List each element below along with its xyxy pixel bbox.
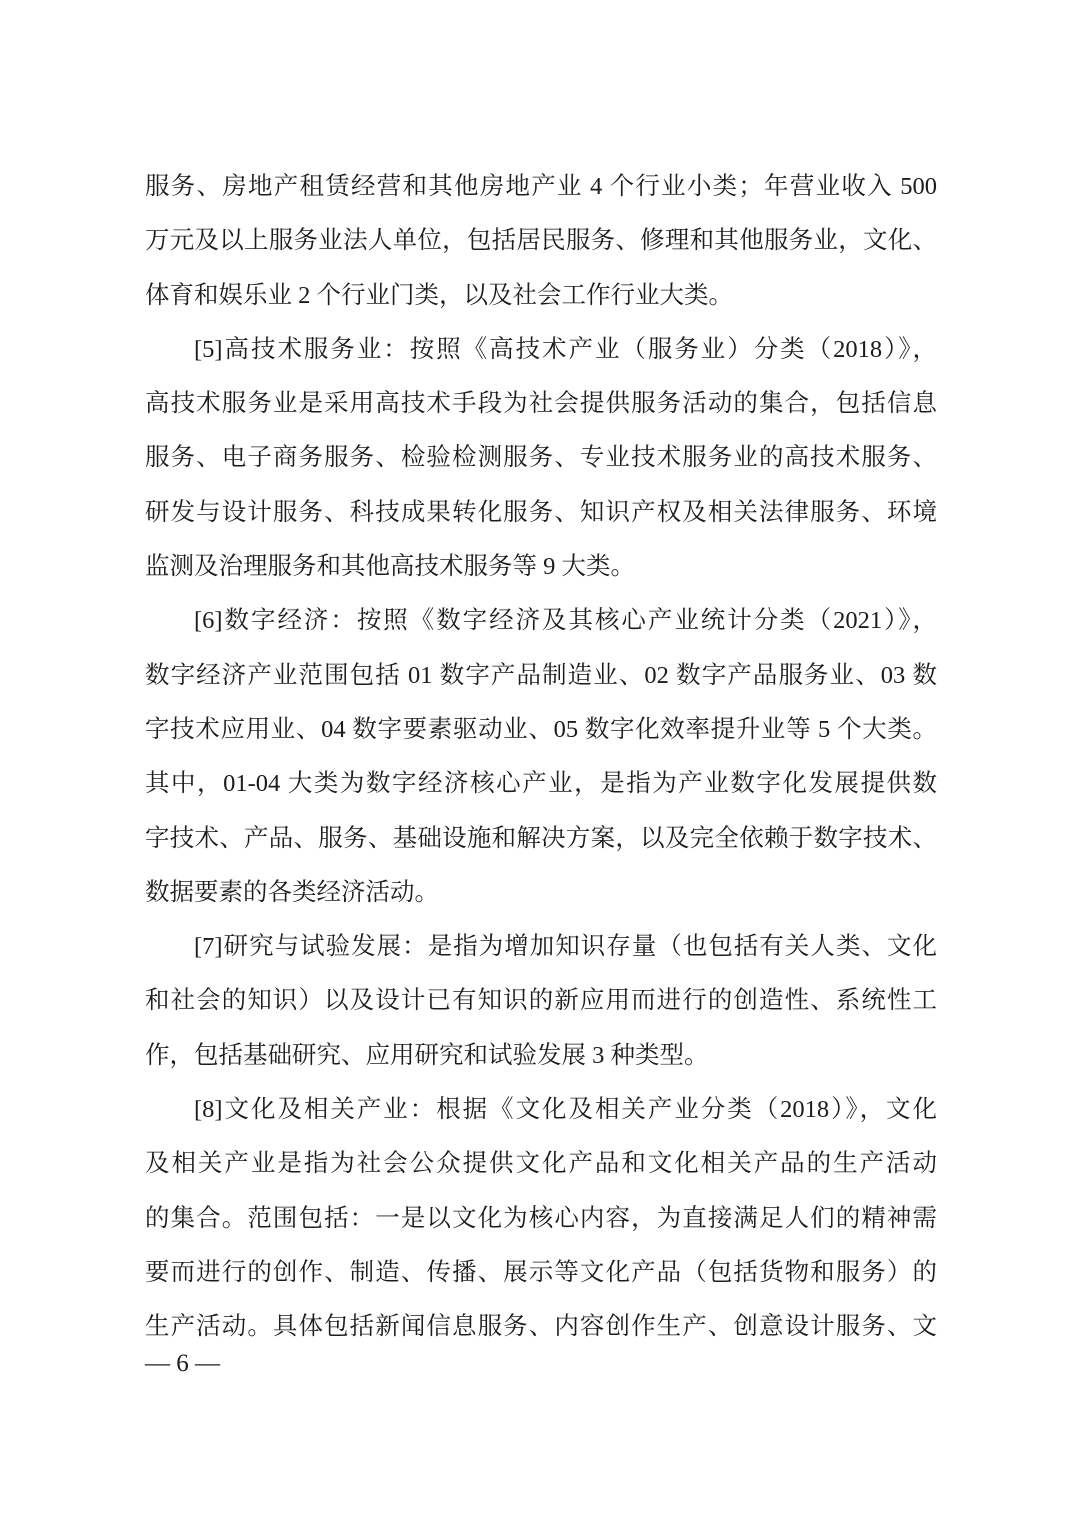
body-line: 万元及以上服务业法人单位，包括居民服务、修理和其他服务业，文化、 — [145, 214, 937, 268]
body-line: 和社会的知识）以及设计已有知识的新应用而进行的创造性、系统性工 — [145, 974, 937, 1028]
body-line: 字技术、产品、服务、基础设施和解决方案，以及完全依赖于数字技术、 — [145, 812, 937, 866]
body-line: 及相关产业是指为社会公众提供文化产品和文化相关产品的生产活动 — [145, 1137, 937, 1191]
body-line: 要而进行的创作、制造、传播、展示等文化产品（包括货物和服务）的 — [145, 1246, 937, 1300]
body-line: 生产活动。具体包括新闻信息服务、内容创作生产、创意设计服务、文 — [145, 1300, 937, 1354]
body-line: 的集合。范围包括：一是以文化为核心内容，为直接满足人们的精神需 — [145, 1192, 937, 1246]
body-line: 字技术应用业、04 数字要素驱动业、05 数字化效率提升业等 5 个大类。 — [145, 703, 937, 757]
document-body: 服务、房地产租赁经营和其他房地产业 4 个行业小类；年营业收入 500 万元及以… — [145, 160, 937, 1355]
body-line: 作，包括基础研究、应用研究和试验发展 3 种类型。 — [145, 1029, 937, 1083]
body-line: 监测及治理服务和其他高技术服务等 9 大类。 — [145, 540, 937, 594]
body-line: 高技术服务业是采用高技术手段为社会提供服务活动的集合，包括信息 — [145, 377, 937, 431]
body-line: 其中，01-04 大类为数字经济核心产业，是指为产业数字化发展提供数 — [145, 757, 937, 811]
body-line: [7]研究与试验发展：是指为增加知识存量（也包括有关人类、文化 — [145, 920, 937, 974]
body-line: 服务、电子商务服务、检验检测服务、专业技术服务业的高技术服务、 — [145, 431, 937, 485]
body-line: 研发与设计服务、科技成果转化服务、知识产权及相关法律服务、环境 — [145, 486, 937, 540]
body-line: 服务、房地产租赁经营和其他房地产业 4 个行业小类；年营业收入 500 — [145, 160, 937, 214]
body-line: [5]高技术服务业：按照《高技术产业（服务业）分类（2018）》， — [145, 323, 937, 377]
body-line: 体育和娱乐业 2 个行业门类，以及社会工作行业大类。 — [145, 269, 937, 323]
page-number: — 6 — — [145, 1349, 220, 1379]
body-line: [6]数字经济：按照《数字经济及其核心产业统计分类（2021）》， — [145, 594, 937, 648]
body-line: 数字经济产业范围包括 01 数字产品制造业、02 数字产品服务业、03 数 — [145, 649, 937, 703]
body-line: [8]文化及相关产业：根据《文化及相关产业分类（2018）》，文化 — [145, 1083, 937, 1137]
body-line: 数据要素的各类经济活动。 — [145, 866, 937, 920]
